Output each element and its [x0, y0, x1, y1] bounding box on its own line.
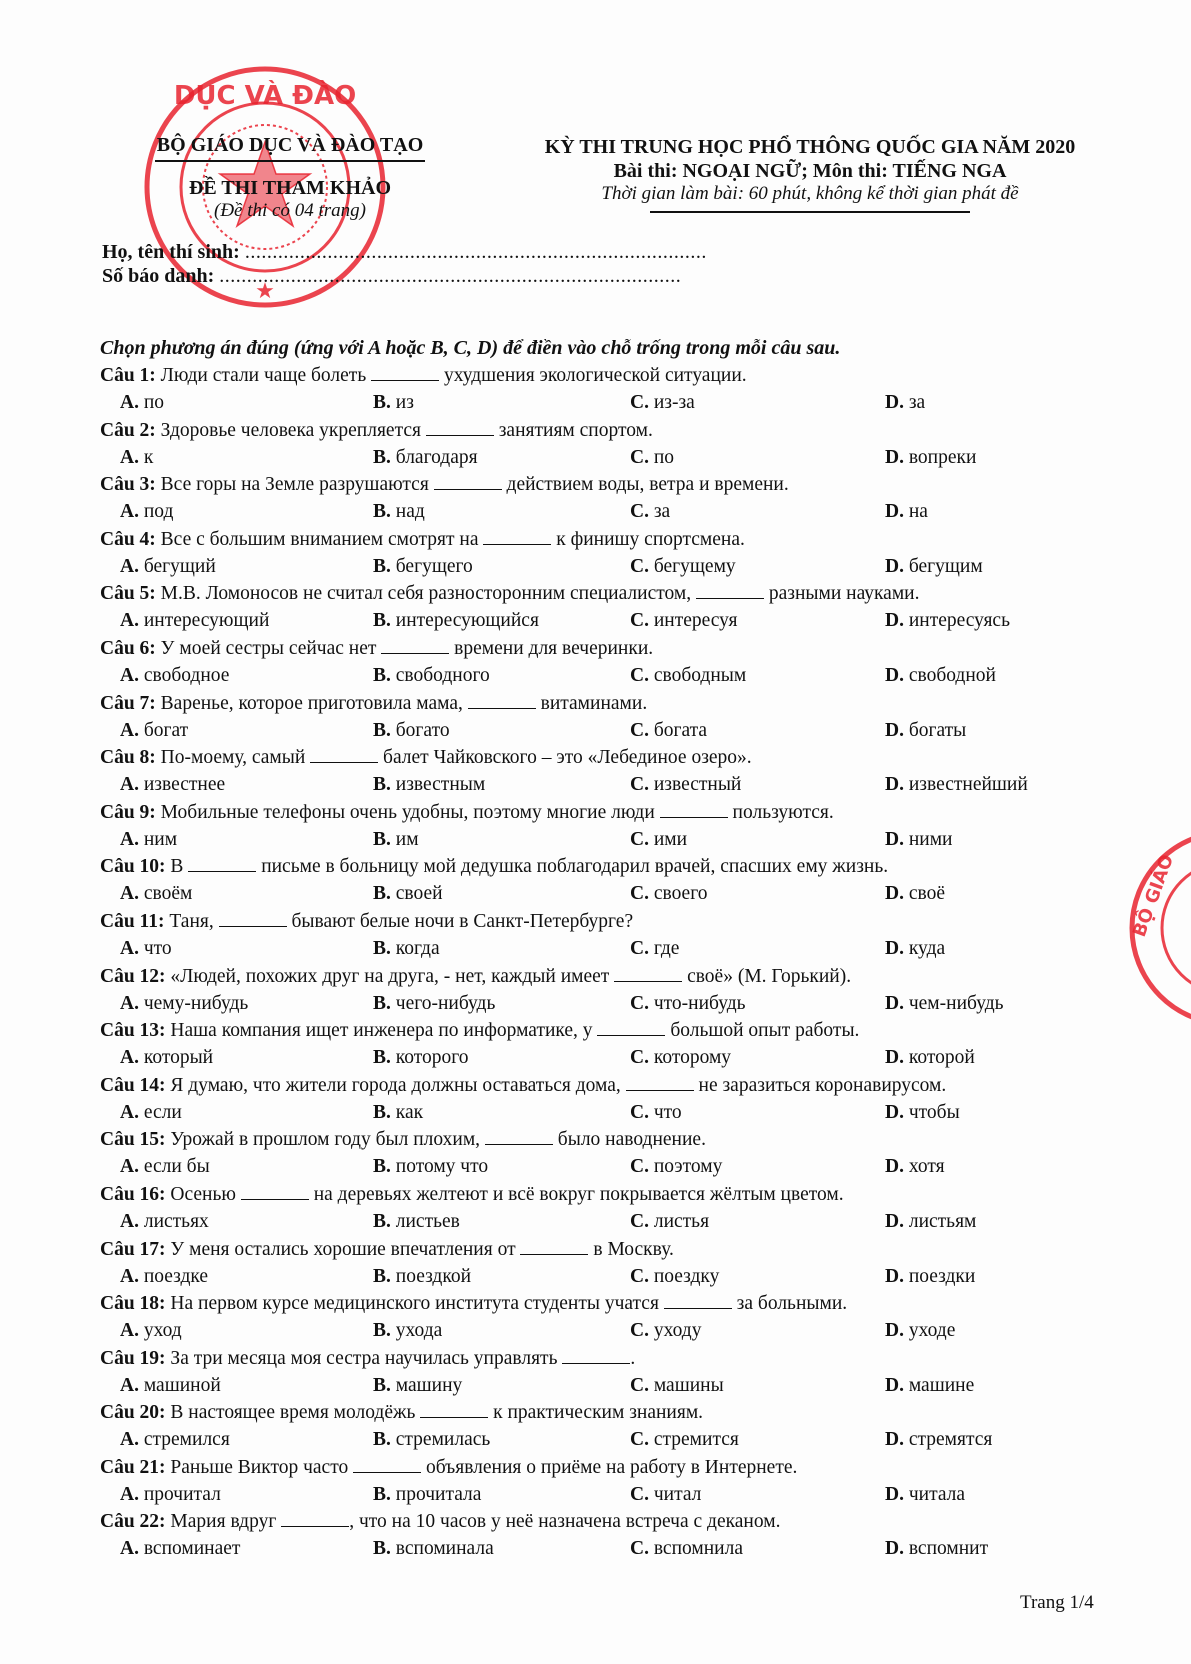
option-text: куда — [909, 938, 945, 959]
option-letter: A. — [120, 1429, 139, 1450]
option-letter: C. — [630, 556, 649, 577]
option-b[interactable]: B. машину — [373, 1372, 462, 1400]
option-b[interactable]: B. ухода — [373, 1317, 442, 1345]
candidate-name-label: Họ, tên thí sinh: — [102, 241, 240, 263]
stem-text-after: было наводнение. — [558, 1129, 706, 1150]
question-number: Câu 22: — [100, 1511, 166, 1532]
option-c[interactable]: C. машины — [630, 1372, 724, 1400]
option-text: богаты — [909, 720, 966, 741]
option-letter: C. — [630, 883, 649, 904]
question-stem: Câu 11: Таня, бывают белые ночи в Санкт-… — [100, 908, 1140, 935]
option-text: поездкой — [396, 1266, 471, 1287]
option-letter: A. — [120, 720, 139, 741]
answer-blank — [696, 580, 764, 599]
option-text: по — [654, 447, 674, 468]
option-a[interactable]: A. машиной — [120, 1372, 221, 1400]
option-text: поэтому — [654, 1156, 723, 1177]
option-text: стремился — [144, 1429, 230, 1450]
option-letter: D. — [885, 556, 904, 577]
option-c[interactable]: C. поэтому — [630, 1153, 722, 1181]
option-a[interactable]: A. если бы — [120, 1153, 210, 1181]
option-letter: C. — [630, 1538, 649, 1559]
question-stem: Câu 4: Все с большим вниманием смотрят н… — [100, 526, 1140, 553]
question-stem: Câu 2: Здоровье человека укрепляется зан… — [100, 417, 1140, 444]
option-letter: A. — [120, 774, 139, 795]
option-letter: A. — [120, 1320, 139, 1341]
option-letter: D. — [885, 1047, 904, 1068]
answer-blank — [434, 471, 502, 490]
answer-options: A. бегущийB. бегущегоC. бегущемуD. бегущ… — [100, 553, 1140, 581]
option-c[interactable]: C. из-за — [630, 389, 695, 417]
question-stem: Câu 21: Раньше Виктор часто объявления о… — [100, 1454, 1140, 1481]
stem-text-after: письме в больницу мой дедушка поблагодар… — [261, 856, 888, 877]
option-a[interactable]: A. свободное — [120, 662, 229, 690]
option-letter: C. — [630, 1156, 649, 1177]
option-b[interactable]: B. благодаря — [373, 444, 478, 472]
question-stem: Câu 10: В письме в больницу мой дедушка … — [100, 853, 1140, 880]
option-text: вопреки — [909, 447, 977, 468]
question-item: Câu 18: На первом курсе медицинского инс… — [100, 1290, 1140, 1345]
answer-options: A. уходB. уходаC. уходуD. уходе — [100, 1317, 1140, 1345]
stem-text-before: «Людей, похожих друг на друга, - нет, ка… — [170, 966, 609, 987]
option-c[interactable]: C. листья — [630, 1208, 709, 1236]
option-letter: D. — [885, 1538, 904, 1559]
option-text: свободное — [144, 665, 230, 686]
option-text: свободного — [396, 665, 490, 686]
stem-text-before: Урожай в прошлом году был плохим, — [170, 1129, 480, 1150]
option-c[interactable]: C. стремится — [630, 1426, 739, 1454]
option-text: которому — [654, 1047, 731, 1068]
option-b[interactable]: B. прочитала — [373, 1481, 481, 1509]
option-a[interactable]: A. бегущий — [120, 553, 216, 581]
option-text: интересуясь — [909, 610, 1010, 631]
option-d[interactable]: D. машине — [885, 1372, 974, 1400]
option-d[interactable]: D. уходе — [885, 1317, 955, 1345]
option-text: стремилась — [396, 1429, 491, 1450]
option-text: что — [144, 938, 172, 959]
answer-blank — [664, 1290, 732, 1309]
option-b[interactable]: B. им — [373, 826, 419, 854]
option-letter: A. — [120, 501, 139, 522]
stem-text-after: объявления о приёме на работу в Интернет… — [426, 1457, 797, 1478]
answer-options: A. чему-нибудьB. чего-нибудьC. что-нибуд… — [100, 990, 1140, 1018]
stem-text-before: В — [170, 856, 183, 877]
option-b[interactable]: B. вспоминала — [373, 1535, 494, 1563]
option-letter: A. — [120, 993, 139, 1014]
ministry-name: BỘ GIÁO DỤC VÀ ĐÀO TẠO — [100, 133, 480, 157]
option-a[interactable]: A. который — [120, 1044, 213, 1072]
option-letter: A. — [120, 1156, 139, 1177]
option-letter: B. — [373, 993, 391, 1014]
option-letter: D. — [885, 993, 904, 1014]
option-text: под — [144, 501, 174, 522]
stem-text-after: бывают белые ночи в Санкт-Петербурге? — [291, 911, 633, 932]
option-c[interactable]: C. бегущему — [630, 553, 736, 581]
question-item: Câu 12: «Людей, похожих друг на друга, -… — [100, 963, 1140, 1018]
option-text: листьям — [909, 1211, 977, 1232]
exam-kind: ĐỀ THI THAM KHẢO — [100, 176, 480, 200]
option-letter: A. — [120, 392, 139, 413]
option-text: известный — [654, 774, 742, 795]
question-number: Câu 18: — [100, 1293, 166, 1314]
option-d[interactable]: D. на — [885, 498, 928, 526]
option-text: машиной — [144, 1375, 221, 1396]
option-c[interactable]: C. богата — [630, 717, 707, 745]
option-d[interactable]: D. листьям — [885, 1208, 976, 1236]
option-b[interactable]: B. потому что — [373, 1153, 488, 1181]
question-item: Câu 13: Наша компания ищет инженера по и… — [100, 1017, 1140, 1072]
option-letter: B. — [373, 1538, 391, 1559]
option-c[interactable]: C. своего — [630, 880, 707, 908]
option-text: стремится — [654, 1429, 739, 1450]
question-number: Câu 11: — [100, 911, 164, 932]
option-letter: A. — [120, 610, 139, 631]
option-c[interactable]: C. уходу — [630, 1317, 701, 1345]
question-stem: Câu 22: Мария вдруг , что на 10 часов у … — [100, 1508, 1140, 1535]
option-letter: A. — [120, 1538, 139, 1559]
stem-text-before: Варенье, которое приготовила мама, — [161, 693, 463, 714]
option-d[interactable]: D. ними — [885, 826, 953, 854]
option-d[interactable]: D. читала — [885, 1481, 965, 1509]
answer-blank — [468, 690, 536, 709]
stem-text-after: к практическим знаниям. — [493, 1402, 703, 1423]
option-a[interactable]: A. поездке — [120, 1263, 208, 1291]
option-letter: C. — [630, 501, 649, 522]
option-d[interactable]: D. вопреки — [885, 444, 976, 472]
option-a[interactable]: A. чему-нибудь — [120, 990, 248, 1018]
question-item: Câu 15: Урожай в прошлом году был плохим… — [100, 1126, 1140, 1181]
answer-blank — [483, 526, 551, 545]
option-d[interactable]: D. чем-нибудь — [885, 990, 1004, 1018]
answer-options: A. еслиB. какC. чтоD. чтобы — [100, 1099, 1140, 1127]
option-letter: C. — [630, 993, 649, 1014]
answer-blank — [310, 744, 378, 763]
option-letter: A. — [120, 1266, 139, 1287]
option-a[interactable]: A. листьях — [120, 1208, 209, 1236]
answer-options: A. богатB. богатоC. богатаD. богаты — [100, 717, 1140, 745]
option-b[interactable]: B. листьев — [373, 1208, 460, 1236]
option-a[interactable]: A. под — [120, 498, 173, 526]
stem-text-after: в Москву. — [593, 1239, 674, 1260]
option-text: чего-нибудь — [396, 993, 496, 1014]
question-stem: Câu 17: У меня остались хорошие впечатле… — [100, 1236, 1140, 1263]
question-stem: Câu 5: М.В. Ломоносов не считал себя раз… — [100, 580, 1140, 607]
option-a[interactable]: A. уход — [120, 1317, 182, 1345]
question-stem: Câu 1: Люди стали чаще болеть ухудшения … — [100, 362, 1140, 389]
option-text: бегущего — [396, 556, 473, 577]
option-d[interactable]: D. своё — [885, 880, 945, 908]
option-b[interactable]: B. бегущего — [373, 553, 473, 581]
option-text: ним — [144, 829, 177, 850]
option-c[interactable]: C. поездку — [630, 1263, 719, 1291]
option-d[interactable]: D. которой — [885, 1044, 975, 1072]
option-letter: D. — [885, 501, 904, 522]
option-letter: D. — [885, 774, 904, 795]
option-c[interactable]: C. известный — [630, 771, 741, 799]
option-letter: C. — [630, 1266, 649, 1287]
question-stem: Câu 6: У моей сестры сейчас нет времени … — [100, 635, 1140, 662]
question-stem: Câu 16: Осенью на деревьях желтеют и всё… — [100, 1181, 1140, 1208]
option-letter: C. — [630, 829, 649, 850]
question-number: Câu 10: — [100, 856, 166, 877]
option-d[interactable]: D. бегущим — [885, 553, 983, 581]
question-item: Câu 10: В письме в больницу мой дедушка … — [100, 853, 1140, 908]
option-d[interactable]: D. богаты — [885, 717, 966, 745]
option-a[interactable]: A. богат — [120, 717, 188, 745]
option-b[interactable]: B. чего-нибудь — [373, 990, 495, 1018]
option-text: машину — [396, 1375, 463, 1396]
option-text: бегущим — [909, 556, 983, 577]
option-b[interactable]: B. которого — [373, 1044, 469, 1072]
option-c[interactable]: C. что-нибудь — [630, 990, 746, 1018]
option-text: чему-нибудь — [144, 993, 248, 1014]
option-c[interactable]: C. что — [630, 1099, 682, 1127]
option-text: интересующий — [144, 610, 270, 631]
question-number: Câu 3: — [100, 474, 156, 495]
option-letter: C. — [630, 392, 649, 413]
option-text: бегущему — [654, 556, 736, 577]
stem-text-before: Таня, — [169, 911, 213, 932]
option-a[interactable]: A. интересующий — [120, 607, 269, 635]
option-letter: B. — [373, 883, 391, 904]
answer-blank — [426, 417, 494, 436]
option-b[interactable]: B. своей — [373, 880, 443, 908]
option-letter: D. — [885, 1320, 904, 1341]
question-stem: Câu 9: Мобильные телефоны очень удобны, … — [100, 799, 1140, 826]
option-c[interactable]: C. свободным — [630, 662, 746, 690]
answer-options: A. свободноеB. свободногоC. свободнымD. … — [100, 662, 1140, 690]
option-b[interactable]: B. поездкой — [373, 1263, 471, 1291]
answer-blank — [281, 1508, 349, 1527]
option-a[interactable]: A. своём — [120, 880, 192, 908]
question-item: Câu 3: Все горы на Земле разрушаются дей… — [100, 471, 1140, 526]
answer-blank — [614, 963, 682, 982]
answer-options: A. которыйB. которогоC. которомуD. котор… — [100, 1044, 1140, 1072]
option-b[interactable]: B. богато — [373, 717, 450, 745]
option-text: поездки — [909, 1266, 976, 1287]
option-letter: D. — [885, 1266, 904, 1287]
option-b[interactable]: B. интересующийся — [373, 607, 539, 635]
option-c[interactable]: C. где — [630, 935, 679, 963]
stem-text-after: своё» (М. Горький). — [687, 966, 851, 987]
option-letter: D. — [885, 392, 904, 413]
option-a[interactable]: A. по — [120, 389, 164, 417]
stem-text-after: не заразиться коронавирусом. — [699, 1075, 947, 1096]
question-stem: Câu 8: По-моему, самый балет Чайковского… — [100, 744, 1140, 771]
answer-blank — [188, 853, 256, 872]
question-number: Câu 7: — [100, 693, 156, 714]
stem-text-before: Все горы на Земле разрушаются — [161, 474, 429, 495]
option-c[interactable]: C. за — [630, 498, 670, 526]
option-b[interactable]: B. стремилась — [373, 1426, 490, 1454]
option-text: ими — [654, 829, 687, 850]
option-text: поездке — [144, 1266, 208, 1287]
option-d[interactable]: D. свободной — [885, 662, 996, 690]
stem-text-before: На первом курсе медицинского института с… — [170, 1293, 659, 1314]
option-letter: B. — [373, 1266, 391, 1287]
answer-options: A. если быB. потому чтоC. поэтомуD. хотя — [100, 1153, 1140, 1181]
option-letter: B. — [373, 829, 391, 850]
option-text: ухода — [396, 1320, 443, 1341]
option-c[interactable]: C. читал — [630, 1481, 701, 1509]
option-a[interactable]: A. известнее — [120, 771, 225, 799]
stem-text-after: большой опыт работы. — [670, 1020, 859, 1041]
stem-text-before: М.В. Ломоносов не считал себя разносторо… — [161, 583, 691, 604]
question-item: Câu 17: У меня остались хорошие впечатле… — [100, 1236, 1140, 1291]
option-d[interactable]: D. куда — [885, 935, 945, 963]
option-c[interactable]: C. ими — [630, 826, 687, 854]
candidate-name-blank: ........................................… — [245, 241, 707, 263]
option-letter: B. — [373, 938, 391, 959]
question-item: Câu 4: Все с большим вниманием смотрят н… — [100, 526, 1140, 581]
option-letter: C. — [630, 1429, 649, 1450]
option-text: своей — [396, 883, 443, 904]
answer-blank — [420, 1399, 488, 1418]
option-letter: A. — [120, 665, 139, 686]
option-c[interactable]: C. интересуя — [630, 607, 737, 635]
option-b[interactable]: B. известным — [373, 771, 485, 799]
option-d[interactable]: D. стремятся — [885, 1426, 992, 1454]
question-number: Câu 8: — [100, 747, 156, 768]
option-text: машины — [654, 1375, 724, 1396]
candidate-name-field: Họ, tên thí sinh: ......................… — [102, 240, 707, 264]
answer-options: A. нимB. имC. имиD. ними — [100, 826, 1140, 854]
option-c[interactable]: C. вспомнила — [630, 1535, 743, 1563]
question-item: Câu 14: Я думаю, что жители города должн… — [100, 1072, 1140, 1127]
option-text: свободным — [654, 665, 746, 686]
option-letter: D. — [885, 1211, 904, 1232]
option-d[interactable]: D. интересуясь — [885, 607, 1010, 635]
answer-blank — [597, 1017, 665, 1036]
option-text: свободной — [909, 665, 996, 686]
option-letter: D. — [885, 829, 904, 850]
question-stem: Câu 12: «Людей, похожих друг на друга, -… — [100, 963, 1140, 990]
option-letter: B. — [373, 1102, 391, 1123]
answer-blank — [241, 1181, 309, 1200]
option-a[interactable]: A. к — [120, 444, 153, 472]
option-letter: A. — [120, 447, 139, 468]
question-stem: Câu 14: Я думаю, что жители города должн… — [100, 1072, 1140, 1099]
option-d[interactable]: D. чтобы — [885, 1099, 960, 1127]
stem-text-before: Осенью — [170, 1184, 236, 1205]
option-text: к — [144, 447, 153, 468]
option-c[interactable]: C. по — [630, 444, 674, 472]
option-text: чтобы — [909, 1102, 960, 1123]
option-b[interactable]: B. над — [373, 498, 425, 526]
option-d[interactable]: D. вспомнит — [885, 1535, 988, 1563]
option-letter: C. — [630, 1375, 649, 1396]
stem-text-before: В настоящее время молодёжь — [170, 1402, 415, 1423]
option-b[interactable]: B. свободного — [373, 662, 490, 690]
candidate-id-label: Số báo danh: — [102, 265, 214, 287]
option-a[interactable]: A. что — [120, 935, 172, 963]
question-number: Câu 5: — [100, 583, 156, 604]
option-letter: A. — [120, 883, 139, 904]
question-number: Câu 16: — [100, 1184, 166, 1205]
option-text: известнее — [144, 774, 225, 795]
question-item: Câu 7: Варенье, которое приготовила мама… — [100, 690, 1140, 745]
option-letter: C. — [630, 1102, 649, 1123]
option-text: из — [396, 392, 414, 413]
question-item: Câu 5: М.В. Ломоносов не считал себя раз… — [100, 580, 1140, 635]
option-letter: D. — [885, 1375, 904, 1396]
stem-text-after: витаминами. — [541, 693, 648, 714]
option-text: за — [909, 392, 925, 413]
option-a[interactable]: A. вспоминает — [120, 1535, 240, 1563]
answer-options: A. вспоминаетB. вспоминалаC. вспомнилаD.… — [100, 1535, 1140, 1563]
answer-blank — [626, 1072, 694, 1091]
option-text: поездку — [654, 1266, 720, 1287]
answer-options: A. чтоB. когдаC. гдеD. куда — [100, 935, 1140, 963]
option-text: когда — [396, 938, 440, 959]
option-b[interactable]: B. из — [373, 389, 414, 417]
option-letter: B. — [373, 392, 391, 413]
option-d[interactable]: D. известнейший — [885, 771, 1028, 799]
answer-options: A. подB. надC. заD. на — [100, 498, 1140, 526]
option-a[interactable]: A. стремился — [120, 1426, 230, 1454]
option-text: уход — [144, 1320, 182, 1341]
option-letter: A. — [120, 1484, 139, 1505]
answer-blank — [562, 1345, 630, 1364]
candidate-id-field: Số báo danh: ...........................… — [102, 264, 681, 288]
option-letter: D. — [885, 720, 904, 741]
option-letter: C. — [630, 1211, 649, 1232]
option-letter: A. — [120, 829, 139, 850]
answer-blank — [219, 908, 287, 927]
option-letter: C. — [630, 447, 649, 468]
option-d[interactable]: D. хотя — [885, 1153, 945, 1181]
option-letter: B. — [373, 1047, 391, 1068]
option-text: своём — [144, 883, 192, 904]
option-text: ними — [909, 829, 953, 850]
stem-text-after: пользуются. — [733, 802, 834, 823]
answer-options: A. листьяхB. листьевC. листьяD. листьям — [100, 1208, 1140, 1236]
option-letter: C. — [630, 1320, 649, 1341]
option-text: известнейший — [909, 774, 1028, 795]
question-number: Câu 17: — [100, 1239, 166, 1260]
option-text: вспомнила — [654, 1538, 743, 1559]
question-stem: Câu 7: Варенье, которое приготовила мама… — [100, 690, 1140, 717]
option-text: листья — [654, 1211, 709, 1232]
option-letter: B. — [373, 1156, 391, 1177]
option-c[interactable]: C. которому — [630, 1044, 731, 1072]
svg-text:DỤC VÀ ĐÀO: DỤC VÀ ĐÀO — [174, 79, 356, 111]
option-a[interactable]: A. ним — [120, 826, 177, 854]
option-b[interactable]: B. как — [373, 1099, 423, 1127]
answer-blank — [660, 799, 728, 818]
option-text: что-нибудь — [654, 993, 746, 1014]
stem-text-before: Люди стали чаще болеть — [161, 365, 367, 386]
subject-line: Bài thi: NGOẠI NGỮ; Môn thi: TIẾNG NGA — [490, 159, 1130, 183]
option-text: им — [396, 829, 419, 850]
option-b[interactable]: B. когда — [373, 935, 440, 963]
option-a[interactable]: A. если — [120, 1099, 182, 1127]
option-letter: D. — [885, 610, 904, 631]
option-letter: A. — [120, 1102, 139, 1123]
question-number: Câu 15: — [100, 1129, 166, 1150]
question-stem: Câu 15: Урожай в прошлом году был плохим… — [100, 1126, 1140, 1153]
option-text: читал — [654, 1484, 702, 1505]
stem-text-before: Мария вдруг — [170, 1511, 276, 1532]
question-item: Câu 19: За три месяца моя сестра научила… — [100, 1345, 1140, 1400]
option-a[interactable]: A. прочитал — [120, 1481, 221, 1509]
option-d[interactable]: D. за — [885, 389, 925, 417]
exam-page: DỤC VÀ ĐÀO ★ BỘ GIÁO BỘ GIÁO DỤC VÀ ĐÀO … — [0, 0, 1191, 1664]
option-letter: D. — [885, 1429, 904, 1450]
option-d[interactable]: D. поездки — [885, 1263, 975, 1291]
question-number: Câu 20: — [100, 1402, 166, 1423]
divider — [155, 160, 425, 162]
